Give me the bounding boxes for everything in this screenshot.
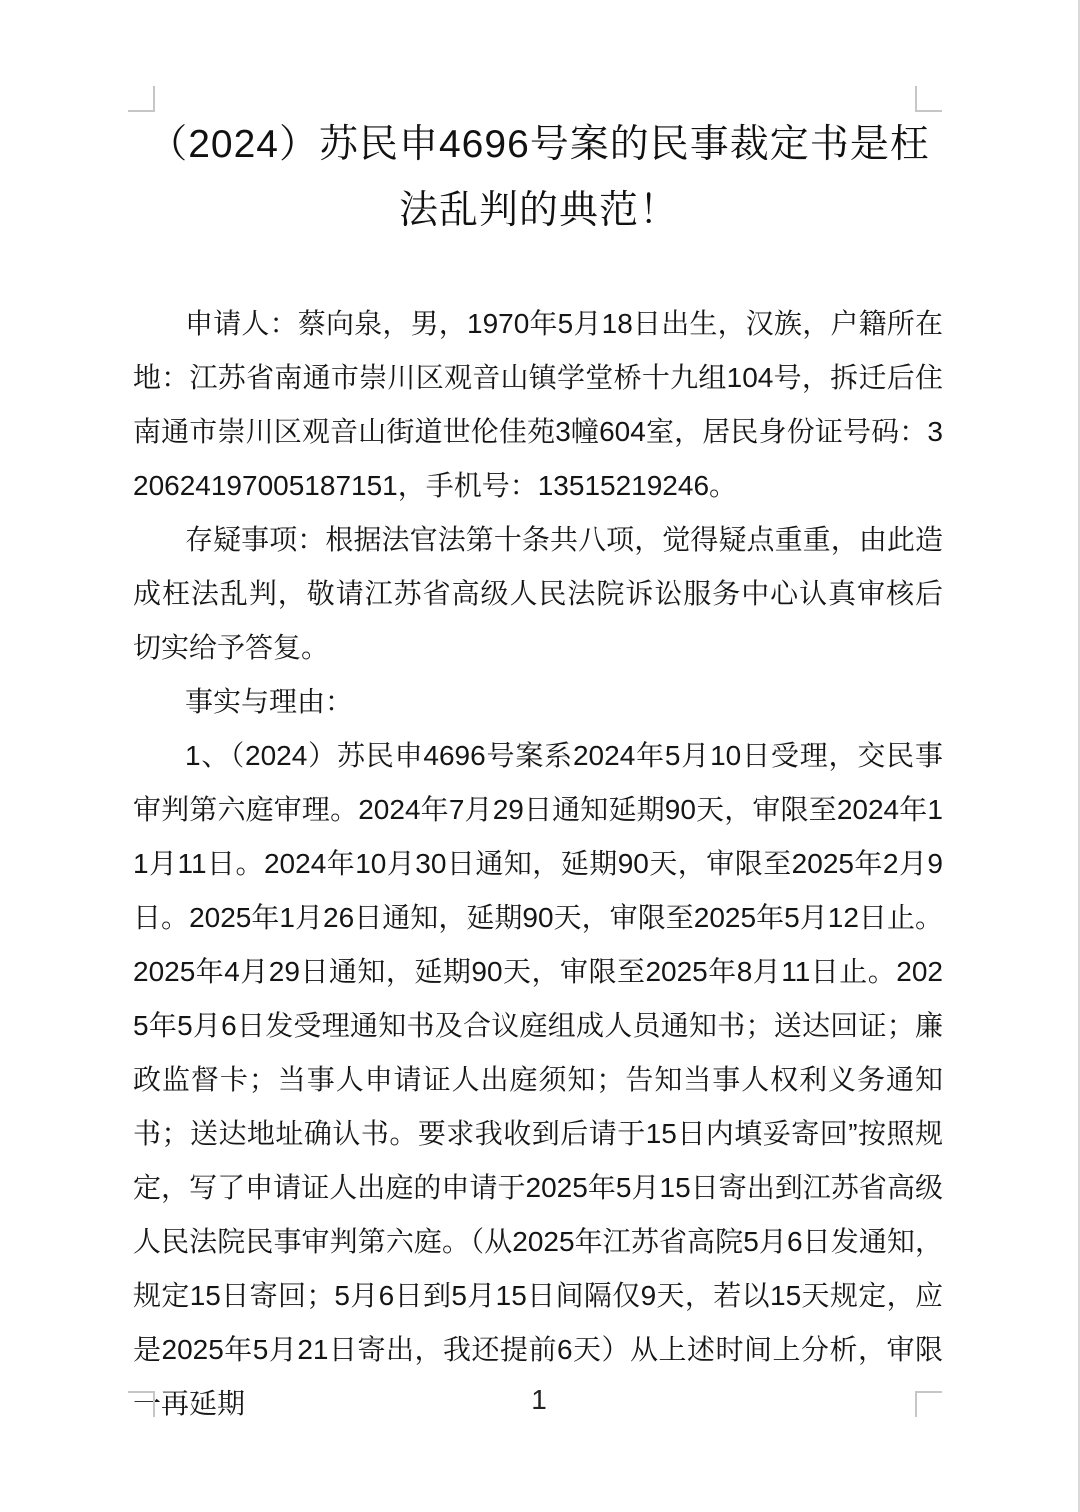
page-number: 1 xyxy=(0,1383,1078,1417)
document-title: （2024）苏民申4696号案的民事裁定书是枉法乱判的典范！ xyxy=(135,0,943,244)
margin-mark-top-right-icon xyxy=(915,86,942,112)
margin-mark-top-left-icon xyxy=(128,86,155,112)
paragraph-applicant-info: 申请人：蔡向泉，男，1970年5月18日出生，汉族，户籍所在地：江苏省南通市崇川… xyxy=(133,297,943,513)
paragraph-item-1-case-timeline: 1、（2024）苏民申4696号案系2024年5月10日受理，交民事审判第六庭审… xyxy=(133,729,943,1431)
document-body: 申请人：蔡向泉，男，1970年5月18日出生，汉族，户籍所在地：江苏省南通市崇川… xyxy=(133,297,943,1431)
document-page: （2024）苏民申4696号案的民事裁定书是枉法乱判的典范！ 申请人：蔡向泉，男… xyxy=(0,0,1080,1512)
paragraph-doubtful-matters: 存疑事项：根据法官法第十条共八项，觉得疑点重重，由此造成枉法乱判，敬请江苏省高级… xyxy=(133,513,943,675)
paragraph-facts-and-reasons-heading: 事实与理由： xyxy=(133,675,943,729)
